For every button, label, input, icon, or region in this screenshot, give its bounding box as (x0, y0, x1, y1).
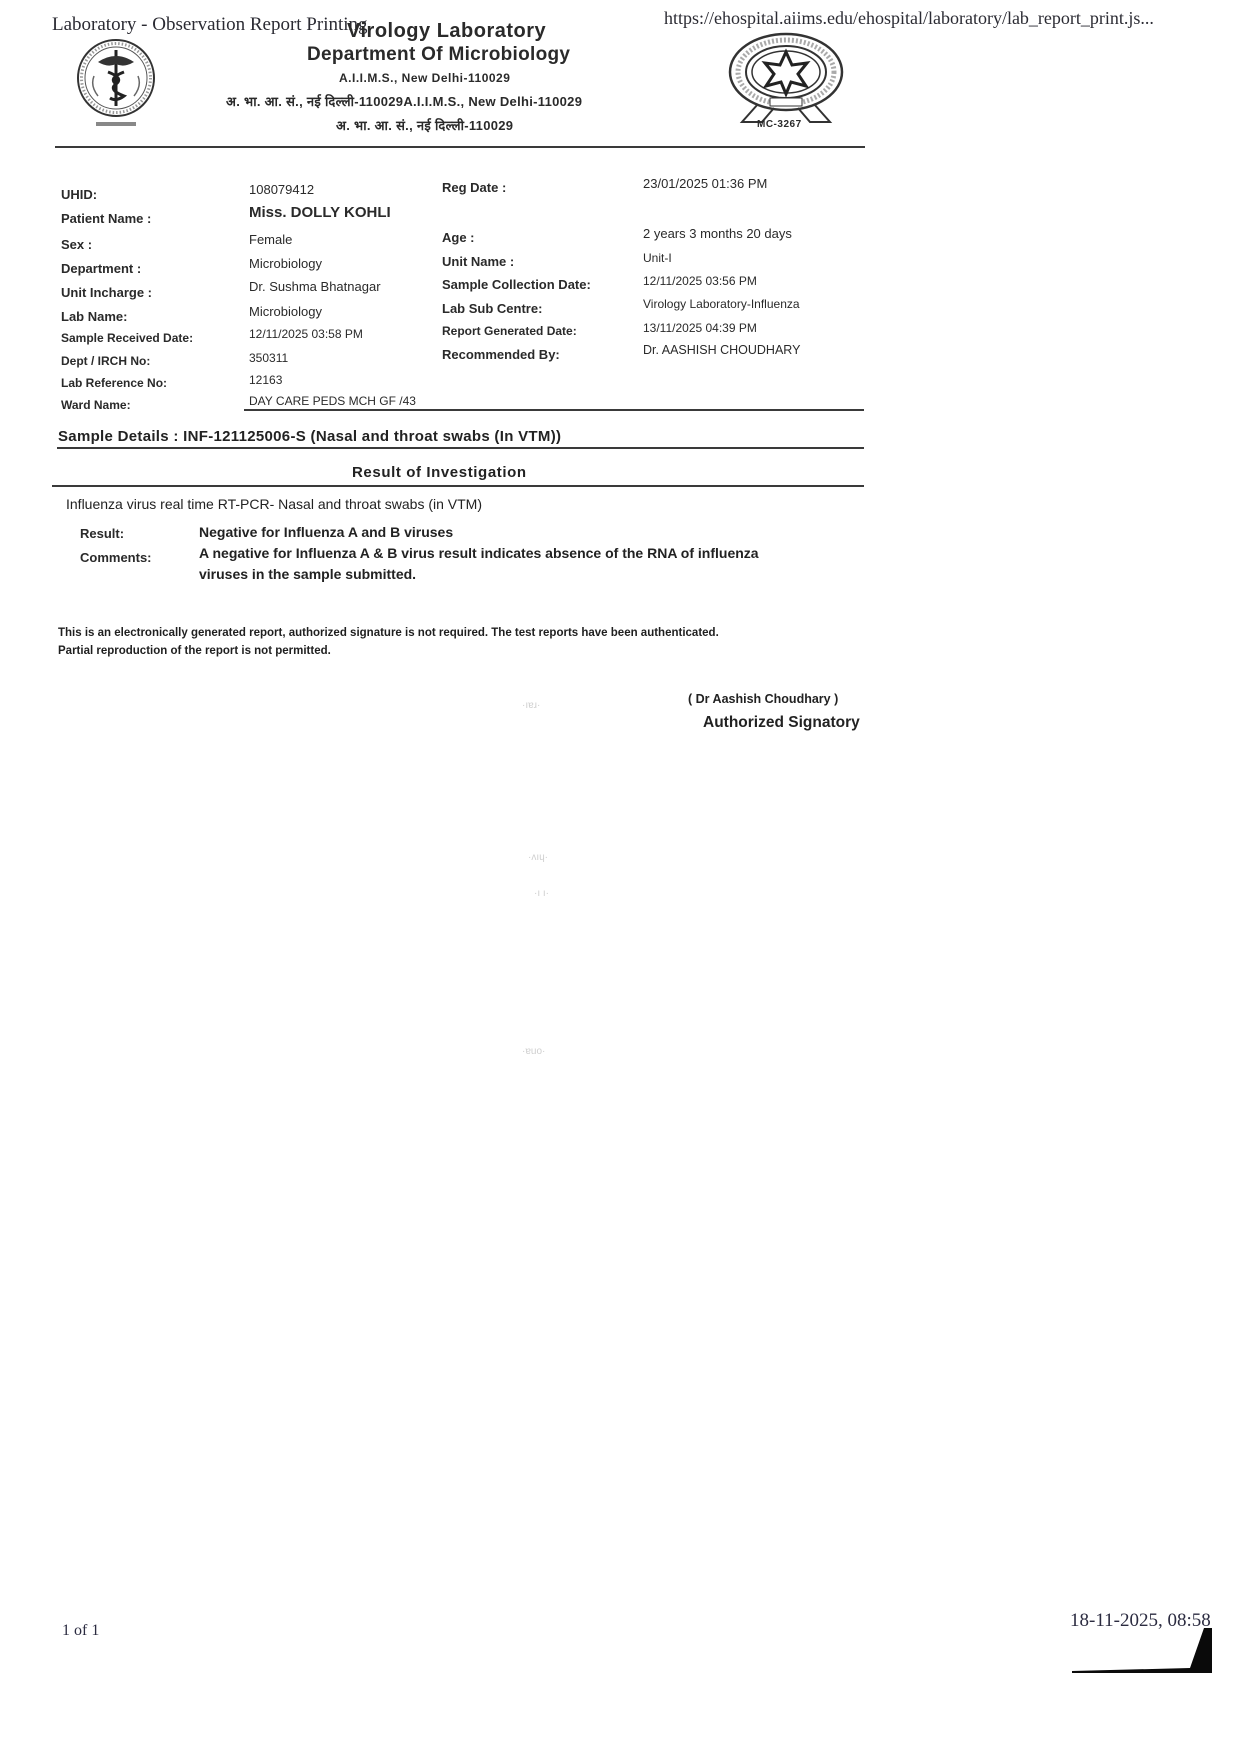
ghost-mark: ·ıɐɹ· (522, 700, 540, 711)
result-value: Negative for Influenza A and B viruses (199, 524, 453, 540)
page-number: 1 of 1 (62, 1622, 99, 1640)
recommended-by-label: Recommended By: (442, 347, 560, 362)
uhid-value: 108079412 (249, 182, 314, 197)
department-heading: Department Of Microbiology (307, 44, 570, 66)
dept-irch-no-label: Dept / IRCH No: (61, 354, 150, 368)
dept-irch-no-value: 350311 (249, 351, 288, 365)
print-page-title: Laboratory - Observation Report Printing (52, 14, 368, 36)
sample-divider (57, 447, 864, 449)
report-generated-date-label: Report Generated Date: (442, 324, 577, 338)
lab-sub-centre-value: Virology Laboratory-Influenza (643, 297, 800, 311)
signatory-title: Authorized Signatory (703, 714, 860, 732)
patient-name-value: Miss. DOLLY KOHLI (249, 204, 391, 221)
ghost-mark: ·ı ı· (534, 888, 549, 899)
address-bilingual: अ. भा. आ. सं., नई दिल्ली-110029A.I.I.M.S… (226, 92, 582, 110)
department-label: Department : (61, 261, 141, 276)
test-name: Influenza virus real time RT-PCR- Nasal … (66, 496, 482, 512)
disclaimer-line-1: This is an electronically generated repo… (58, 627, 719, 639)
ward-name-value: DAY CARE PEDS MCH GF /43 (249, 394, 416, 408)
result-label: Result: (80, 526, 124, 541)
header-divider (55, 146, 865, 148)
recommended-by-value: Dr. AASHISH CHOUDHARY (643, 343, 800, 357)
aiims-caduceus-emblem-icon (74, 36, 158, 132)
address-english: A.I.I.M.S., New Delhi-110029 (339, 71, 510, 85)
unit-incharge-value: Dr. Sushma Bhatnagar (249, 279, 381, 294)
unit-name-label: Unit Name : (442, 254, 514, 269)
sample-collection-date-label: Sample Collection Date: (442, 277, 591, 292)
sex-label: Sex : (61, 237, 92, 252)
result-heading: Result of Investigation (352, 464, 527, 481)
address-hindi: अ. भा. आ. सं., नई दिल्ली-110029 (336, 116, 513, 134)
print-page-url: https://ehospital.aiims.edu/ehospital/la… (664, 8, 1154, 29)
sample-collection-date-value: 12/11/2025 03:56 PM (643, 274, 757, 288)
ghost-mark: ·ɐuo· (522, 1046, 545, 1057)
result-divider (52, 485, 864, 487)
lab-name-label: Lab Name: (61, 309, 127, 324)
sample-details: Sample Details : INF-121125006-S (Nasal … (58, 428, 561, 445)
lab-sub-centre-label: Lab Sub Centre: (442, 301, 542, 316)
scan-shadow-corner (1072, 1628, 1212, 1673)
uhid-label: UHID: (61, 187, 97, 202)
accreditation-code: MC-3267 (757, 119, 802, 130)
sample-received-date-value: 12/11/2025 03:58 PM (249, 327, 363, 341)
lab-name-heading: Virology Laboratory (347, 20, 546, 43)
comments-text-line-1: A negative for Influenza A & B virus res… (199, 545, 759, 561)
unit-name-value: Unit-I (643, 251, 672, 265)
unit-incharge-label: Unit Incharge : (61, 285, 152, 300)
reg-date-label: Reg Date : (442, 180, 506, 195)
reg-date-value: 23/01/2025 01:36 PM (643, 176, 767, 191)
age-label: Age : (442, 230, 475, 245)
ghost-mark: ·ʌıɥ· (528, 852, 548, 863)
report-generated-date-value: 13/11/2025 04:39 PM (643, 321, 757, 335)
sample-received-date-label: Sample Received Date: (61, 331, 193, 345)
ward-name-label: Ward Name: (61, 398, 131, 412)
comments-label: Comments: (80, 550, 152, 565)
sex-value: Female (249, 232, 292, 247)
department-value: Microbiology (249, 256, 322, 271)
disclaimer-line-2: Partial reproduction of the report is no… (58, 645, 331, 657)
comments-text-line-2: viruses in the sample submitted. (199, 566, 416, 582)
signatory-name: ( Dr Aashish Choudhary ) (688, 692, 838, 706)
lab-reference-no-value: 12163 (249, 373, 282, 387)
lab-reference-no-label: Lab Reference No: (61, 376, 167, 390)
lab-name-value: Microbiology (249, 304, 322, 319)
patient-name-label: Patient Name : (61, 211, 151, 226)
info-divider (244, 409, 864, 411)
age-value: 2 years 3 months 20 days (643, 226, 792, 241)
